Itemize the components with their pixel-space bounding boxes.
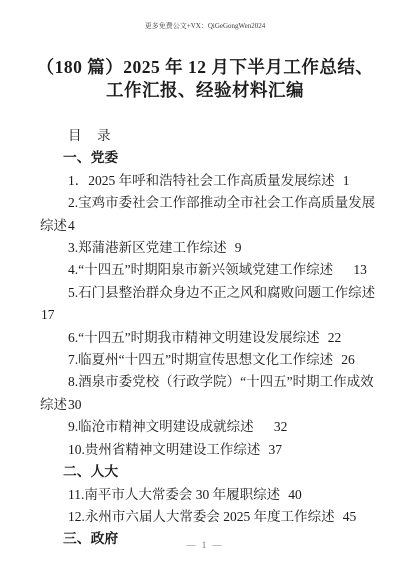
toc-entry: 10.贵州省精神文明建设工作综述37 xyxy=(40,439,380,461)
toc-heading: 目 录 xyxy=(40,125,380,147)
document-title: （180 篇）2025 年 12 月下半月工作总结、 工作汇报、经验材料汇编 xyxy=(20,56,390,102)
toc-entry-text: 7.临夏州“十四五”时期宣传思想文化工作综述 xyxy=(68,352,333,367)
toc-entry-text: 12.永州市六届人大常委会 2025 年度工作综述 xyxy=(68,509,335,524)
document-title-line1: （180 篇）2025 年 12 月下半月工作总结、 xyxy=(37,57,374,77)
toc-entry-page: 40 xyxy=(288,487,302,502)
toc-entry: 11.南平市人大常委会 30 年履职综述40 xyxy=(40,484,380,506)
table-of-contents: 目 录 一、党委 1．2025 年呼和浩特社会工作高质量发展综述1 2.宝鸡市委… xyxy=(0,125,410,551)
document-title-line2: 工作汇报、经验材料汇编 xyxy=(106,80,304,100)
section-heading-peoples-congress: 二、人大 xyxy=(40,461,380,483)
toc-entry-text: 1．2025 年呼和浩特社会工作高质量发展综述 xyxy=(68,173,335,188)
toc-entry-page: 1 xyxy=(343,173,350,188)
toc-entry-text: 10.贵州省精神文明建设工作综述 xyxy=(68,442,260,457)
toc-entry-text: 2.宝鸡市委社会工作部推动全市社会工作高质量发展综述 xyxy=(40,195,375,232)
toc-entry-page: 32 xyxy=(274,419,288,434)
toc-entry-page: 45 xyxy=(343,509,357,524)
toc-entry-page: 30 xyxy=(68,397,82,412)
toc-entry-text: 5.石门县整治群众身边不正之风和腐败问题工作综述 xyxy=(68,285,375,300)
toc-entry: 2.宝鸡市委社会工作部推动全市社会工作高质量发展综述4 xyxy=(40,192,380,237)
watermark-text: 更多免费公文+VX：QiGeGongWen2024 xyxy=(0,0,410,31)
toc-entry: 8.酒泉市委党校（行政学院）“十四五”时期工作成效综述30 xyxy=(40,371,380,416)
toc-entry-page: 26 xyxy=(341,352,355,367)
toc-entry: 6.“十四五”时期我市精神文明建设发展综述22 xyxy=(40,327,380,349)
document-page: 更多免费公文+VX：QiGeGongWen2024 （180 篇）2025 年 … xyxy=(0,0,410,580)
page-number: — 1 — xyxy=(0,540,410,550)
toc-entry-page: 22 xyxy=(328,330,342,345)
toc-entry-page: 13 xyxy=(353,262,367,277)
toc-entry: 4.“十四五”时期阳泉市新兴领域党建工作综述13 xyxy=(40,259,380,281)
toc-entry-text: 3.郑蒲港新区党建工作综述 xyxy=(68,240,227,255)
toc-entry: 5.石门县整治群众身边不正之风和腐败问题工作综述17 xyxy=(40,282,380,327)
toc-entry-text: 6.“十四五”时期我市精神文明建设发展综述 xyxy=(68,330,320,345)
toc-entry: 9.临沧市精神文明建设成就综述32 xyxy=(40,416,380,438)
toc-entry-text: 9.临沧市精神文明建设成就综述 xyxy=(68,419,254,434)
toc-entry-text: 11.南平市人大常委会 30 年履职综述 xyxy=(68,487,280,502)
toc-entry: 12.永州市六届人大常委会 2025 年度工作综述45 xyxy=(40,506,380,528)
toc-entry: 3.郑蒲港新区党建工作综述9 xyxy=(40,237,380,259)
section-heading-party-committee: 一、党委 xyxy=(40,147,380,169)
toc-entry: 1．2025 年呼和浩特社会工作高质量发展综述1 xyxy=(40,170,380,192)
toc-entry-page: 4 xyxy=(68,218,75,233)
toc-entry-page: 17 xyxy=(41,307,55,322)
toc-entry-text: 4.“十四五”时期阳泉市新兴领域党建工作综述 xyxy=(68,262,333,277)
toc-entry-page: 9 xyxy=(235,240,242,255)
toc-entry: 7.临夏州“十四五”时期宣传思想文化工作综述26 xyxy=(40,349,380,371)
toc-entry-text: 8.酒泉市委党校（行政学院）“十四五”时期工作成效综述 xyxy=(40,374,374,411)
toc-entry-page: 37 xyxy=(268,442,282,457)
